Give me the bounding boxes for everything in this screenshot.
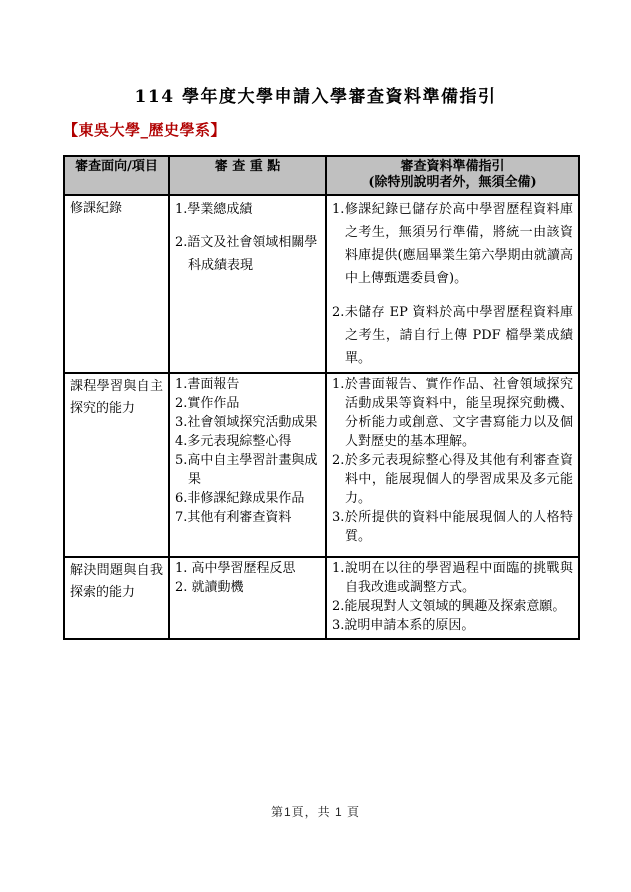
focus-cell: 1.學業總成績 2.語文及社會領域相關學科成績表現 (169, 195, 326, 373)
table-row-problem-solving: 解決問題與自我探索的能力 1. 高中學習歷程反思 2. 就讀動機 1.說明在以往… (64, 557, 579, 639)
list-item: 2.於多元表現綜整心得及其他有利審查資料中，能展現個人的學習成果及多元能力。 (332, 452, 573, 509)
aspect-cell: 解決問題與自我探索的能力 (64, 557, 169, 639)
table-header-row: 審查面向/項目 審 查 重 點 審查資料準備指引 (除特別說明者外，無須全備) (64, 156, 579, 195)
document-page: 114 學年度大學申請入學審查資料準備指引 【東吳大學_歷史學系】 審查面向/項… (0, 0, 631, 892)
list-item: 1.書面報告 (175, 376, 320, 395)
list-item: 2.語文及社會領域相關學科成績表現 (175, 231, 320, 277)
list-item: 2. 就讀動機 (175, 579, 320, 598)
list-item: 7.其他有利審查資料 (175, 509, 320, 528)
table-row-course-record: 修課紀錄 1.學業總成績 2.語文及社會領域相關學科成績表現 1.修課紀錄已儲存… (64, 195, 579, 373)
list-item: 3.社會領域探究活動成果 (175, 414, 320, 433)
list-item: 1.修課紀錄已儲存於高中學習歷程資料庫之考生，無須另行準備，將統一由該資料庫提供… (332, 198, 573, 291)
aspect-cell: 修課紀錄 (64, 195, 169, 373)
review-table-container: 審查面向/項目 審 查 重 點 審查資料準備指引 (除特別說明者外，無須全備) … (63, 155, 578, 640)
guide-cell: 1.修課紀錄已儲存於高中學習歷程資料庫之考生，無須另行準備，將統一由該資料庫提供… (326, 195, 579, 373)
list-item: 5.高中自主學習計畫與成果 (175, 452, 320, 490)
guide-cell: 1.說明在以往的學習過程中面臨的挑戰與自我改進或調整方式。 2.能展現對人文領域… (326, 557, 579, 639)
focus-cell: 1. 高中學習歷程反思 2. 就讀動機 (169, 557, 326, 639)
list-item: 2.實作作品 (175, 395, 320, 414)
list-item: 1. 高中學習歷程反思 (175, 560, 320, 579)
department-heading: 【東吳大學_歷史學系】 (63, 119, 226, 140)
list-item: 3.說明申請本系的原因。 (332, 617, 573, 636)
focus-cell: 1.書面報告 2.實作作品 3.社會領域探究活動成果 4.多元表現綜整心得 5.… (169, 373, 326, 557)
list-item: 1.於書面報告、實作作品、社會領域探究活動成果等資料中，能呈現探究動機、分析能力… (332, 376, 573, 452)
col-header-guide: 審查資料準備指引 (除特別說明者外，無須全備) (326, 156, 579, 195)
list-item: 2.能展現對人文領域的興趣及探索意願。 (332, 598, 573, 617)
col-header-focus: 審 查 重 點 (169, 156, 326, 195)
col-header-guide-line1: 審查資料準備指引 (332, 159, 573, 175)
table-row-course-learning: 課程學習與自主探究的能力 1.書面報告 2.實作作品 3.社會領域探究活動成果 … (64, 373, 579, 557)
page-title: 114 學年度大學申請入學審查資料準備指引 (0, 82, 631, 107)
page-number: 第1頁，共 1 頁 (0, 803, 631, 820)
list-item: 4.多元表現綜整心得 (175, 433, 320, 452)
col-header-guide-line2: (除特別說明者外，無須全備) (332, 175, 573, 191)
col-header-aspect: 審查面向/項目 (64, 156, 169, 195)
aspect-cell: 課程學習與自主探究的能力 (64, 373, 169, 557)
review-guide-table: 審查面向/項目 審 查 重 點 審查資料準備指引 (除特別說明者外，無須全備) … (63, 155, 580, 640)
list-item: 3.於所提供的資料中能展現個人的人格特質。 (332, 509, 573, 547)
list-item: 6.非修課紀錄成果作品 (175, 490, 320, 509)
list-item: 1.說明在以往的學習過程中面臨的挑戰與自我改進或調整方式。 (332, 560, 573, 598)
guide-cell: 1.於書面報告、實作作品、社會領域探究活動成果等資料中，能呈現探究動機、分析能力… (326, 373, 579, 557)
list-item: 2.未儲存 EP 資料於高中學習歷程資料庫之考生，請自行上傳 PDF 檔學業成績… (332, 301, 573, 370)
list-item: 1.學業總成績 (175, 198, 320, 221)
